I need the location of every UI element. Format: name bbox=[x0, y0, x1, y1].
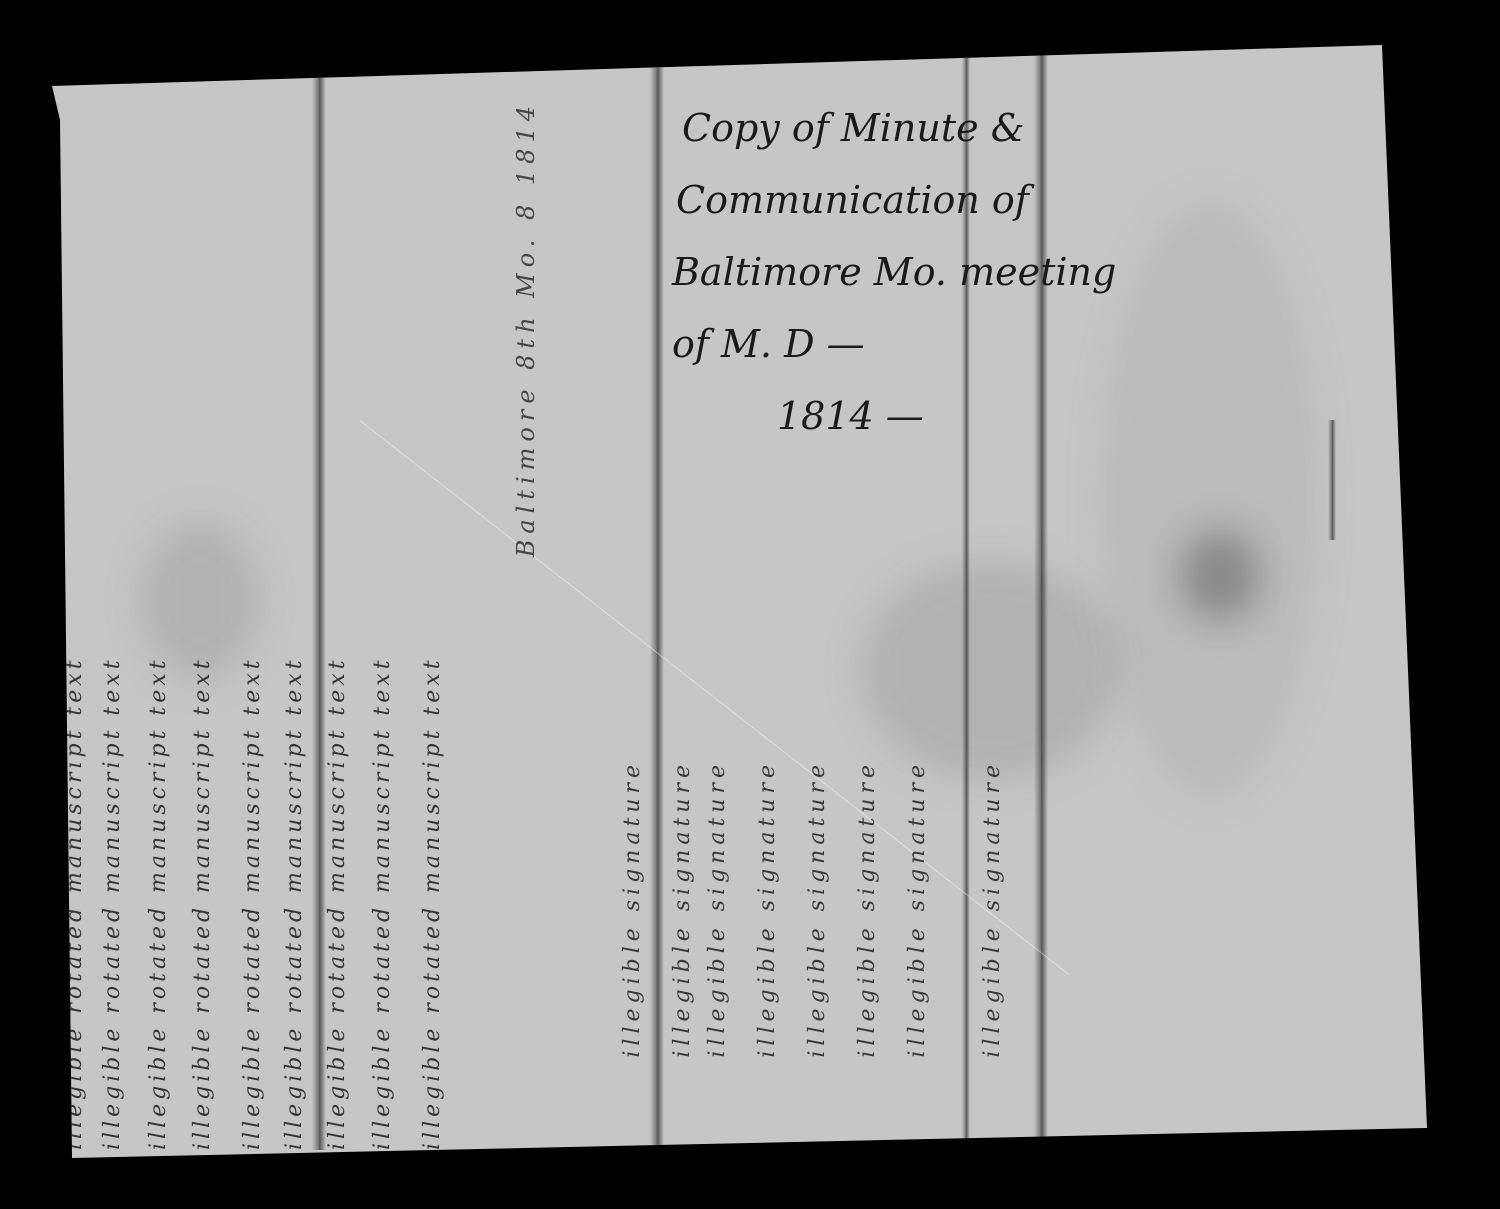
body-line: illegible rotated manuscript text bbox=[325, 110, 350, 1150]
body-line: illegible rotated manuscript text bbox=[240, 110, 265, 1150]
body-line: illegible rotated manuscript text bbox=[62, 110, 87, 1150]
paper-sheet: illegible rotated manuscript text illegi… bbox=[0, 0, 1500, 1209]
docket-line: of M. D — bbox=[672, 308, 1032, 380]
scanned-page: illegible rotated manuscript text illegi… bbox=[0, 0, 1500, 1209]
body-line: illegible rotated manuscript text bbox=[146, 110, 171, 1150]
body-line: illegible rotated manuscript text bbox=[370, 110, 395, 1150]
signature: illegible signature bbox=[705, 760, 730, 1058]
signature: illegible signature bbox=[805, 760, 830, 1058]
stain bbox=[860, 560, 1120, 780]
signature: illegible signature bbox=[620, 760, 645, 1058]
docket-line: 1814 — bbox=[777, 380, 1032, 452]
signatures-block: illegible signature illegible signature … bbox=[600, 760, 1040, 1090]
signature: illegible signature bbox=[980, 760, 1005, 1058]
body-line: illegible rotated manuscript text bbox=[420, 110, 445, 1150]
rotated-date: Baltimore 8th Mo. 8 1814 bbox=[512, 100, 540, 557]
docket-line: Baltimore Mo. meeting bbox=[672, 236, 1032, 308]
fold-line bbox=[1328, 420, 1336, 540]
body-line: illegible rotated manuscript text bbox=[282, 110, 307, 1150]
signature: illegible signature bbox=[905, 760, 930, 1058]
docket-endorsement: Copy of Minute & Communication of Baltim… bbox=[672, 92, 1032, 452]
signature: illegible signature bbox=[670, 760, 695, 1058]
body-line: illegible rotated manuscript text bbox=[190, 110, 215, 1150]
docket-line: Copy of Minute & bbox=[682, 92, 1032, 164]
docket-line: Communication of bbox=[676, 164, 1032, 236]
signature: illegible signature bbox=[855, 760, 880, 1058]
signature: illegible signature bbox=[755, 760, 780, 1058]
body-line: illegible rotated manuscript text bbox=[100, 110, 125, 1150]
stain bbox=[1100, 200, 1320, 800]
